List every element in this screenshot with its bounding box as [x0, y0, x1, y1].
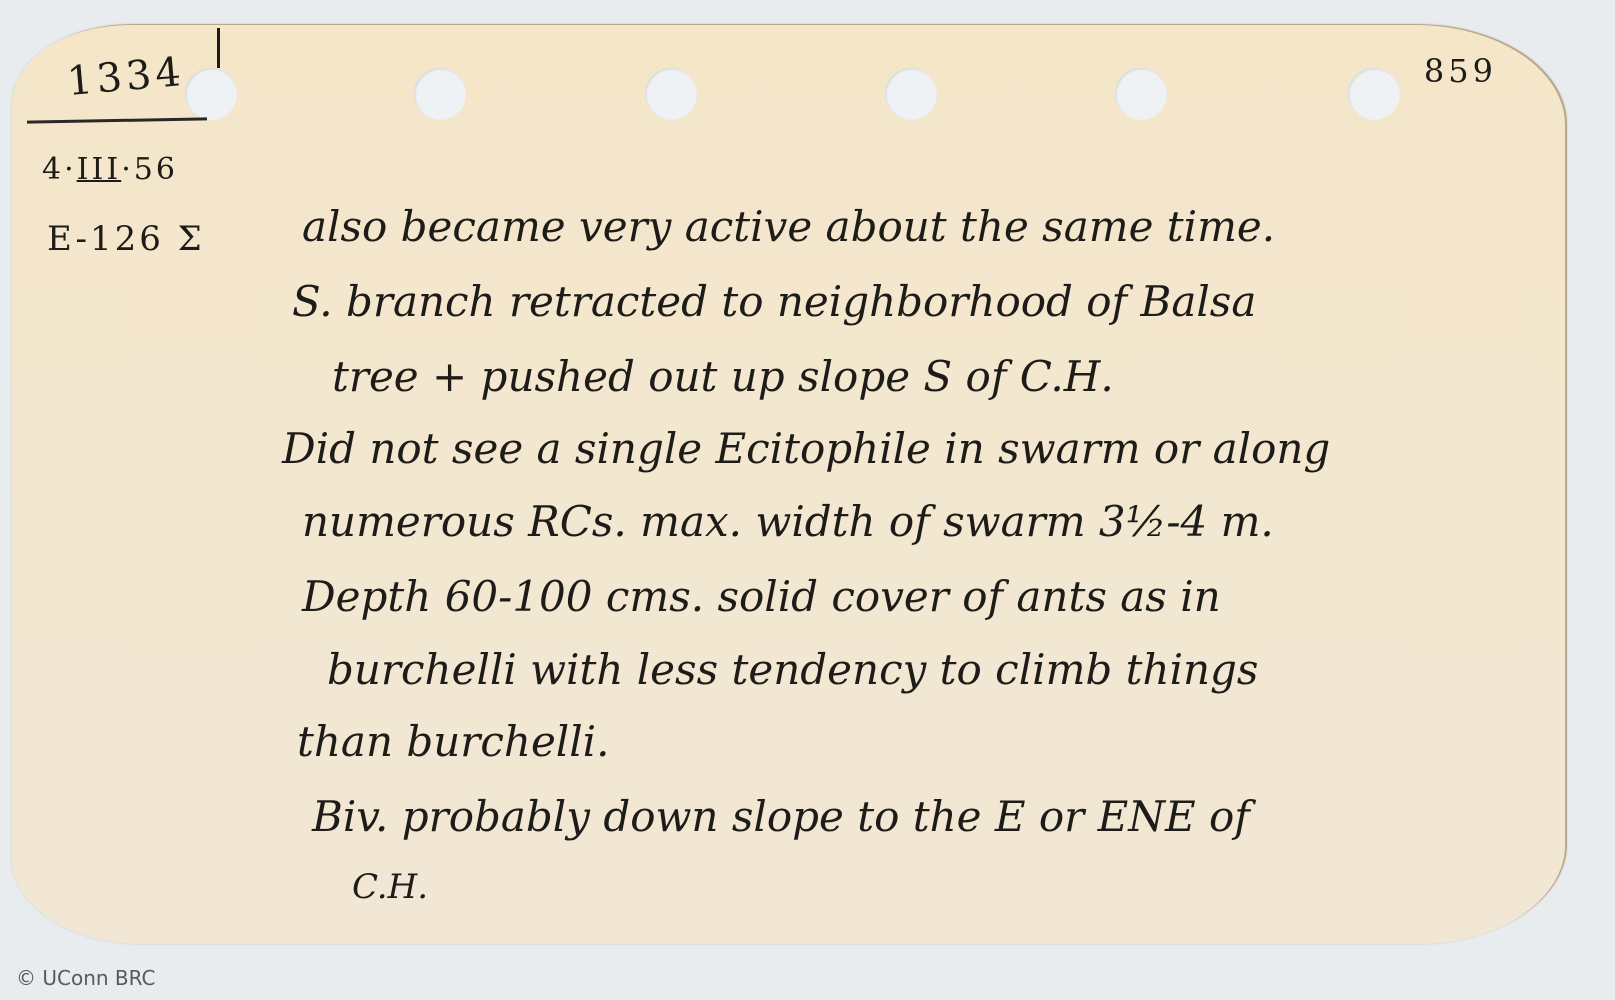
- catalog-number: 1334: [65, 49, 186, 105]
- catalog-underline: [27, 117, 207, 123]
- punch-hole: [1348, 68, 1400, 120]
- catalog-tick-mark: [217, 28, 220, 68]
- field-note-card: 1334 859 4·III·56 E-126 Σ also became ve…: [12, 24, 1567, 944]
- note-line: C.H.: [352, 862, 428, 912]
- note-line: numerous RCs. max. width of swarm 3½-4 m…: [302, 497, 1274, 547]
- colony-id: E-126 Σ: [47, 219, 205, 259]
- observation-date: 4·III·56: [42, 152, 178, 187]
- punch-hole: [185, 68, 237, 120]
- note-line: Depth 60-100 cms. solid cover of ants as…: [302, 572, 1221, 622]
- colony-id-text: E-126: [47, 219, 164, 259]
- note-line: Biv. probably down slope to the E or ENE…: [312, 792, 1250, 842]
- date-day: 4: [42, 152, 64, 187]
- date-month-roman: III: [77, 152, 122, 187]
- punch-hole: [885, 68, 937, 120]
- date-year: 56: [134, 152, 178, 187]
- punch-hole: [645, 68, 697, 120]
- note-line: also became very active about the same t…: [302, 202, 1275, 252]
- card-number: 859: [1424, 52, 1497, 90]
- note-line: S. branch retracted to neighborhood of B…: [292, 277, 1256, 327]
- punch-hole: [414, 68, 466, 120]
- copyright-watermark: © UConn BRC: [16, 966, 156, 990]
- note-line: tree + pushed out up slope S of C.H.: [332, 352, 1114, 402]
- note-line: Did not see a single Ecitophile in swarm…: [282, 424, 1330, 474]
- punch-hole: [1115, 68, 1167, 120]
- note-line: burchelli with less tendency to climb th…: [327, 645, 1259, 695]
- colony-symbol-icon: Σ: [178, 219, 205, 259]
- note-line: than burchelli.: [297, 717, 609, 767]
